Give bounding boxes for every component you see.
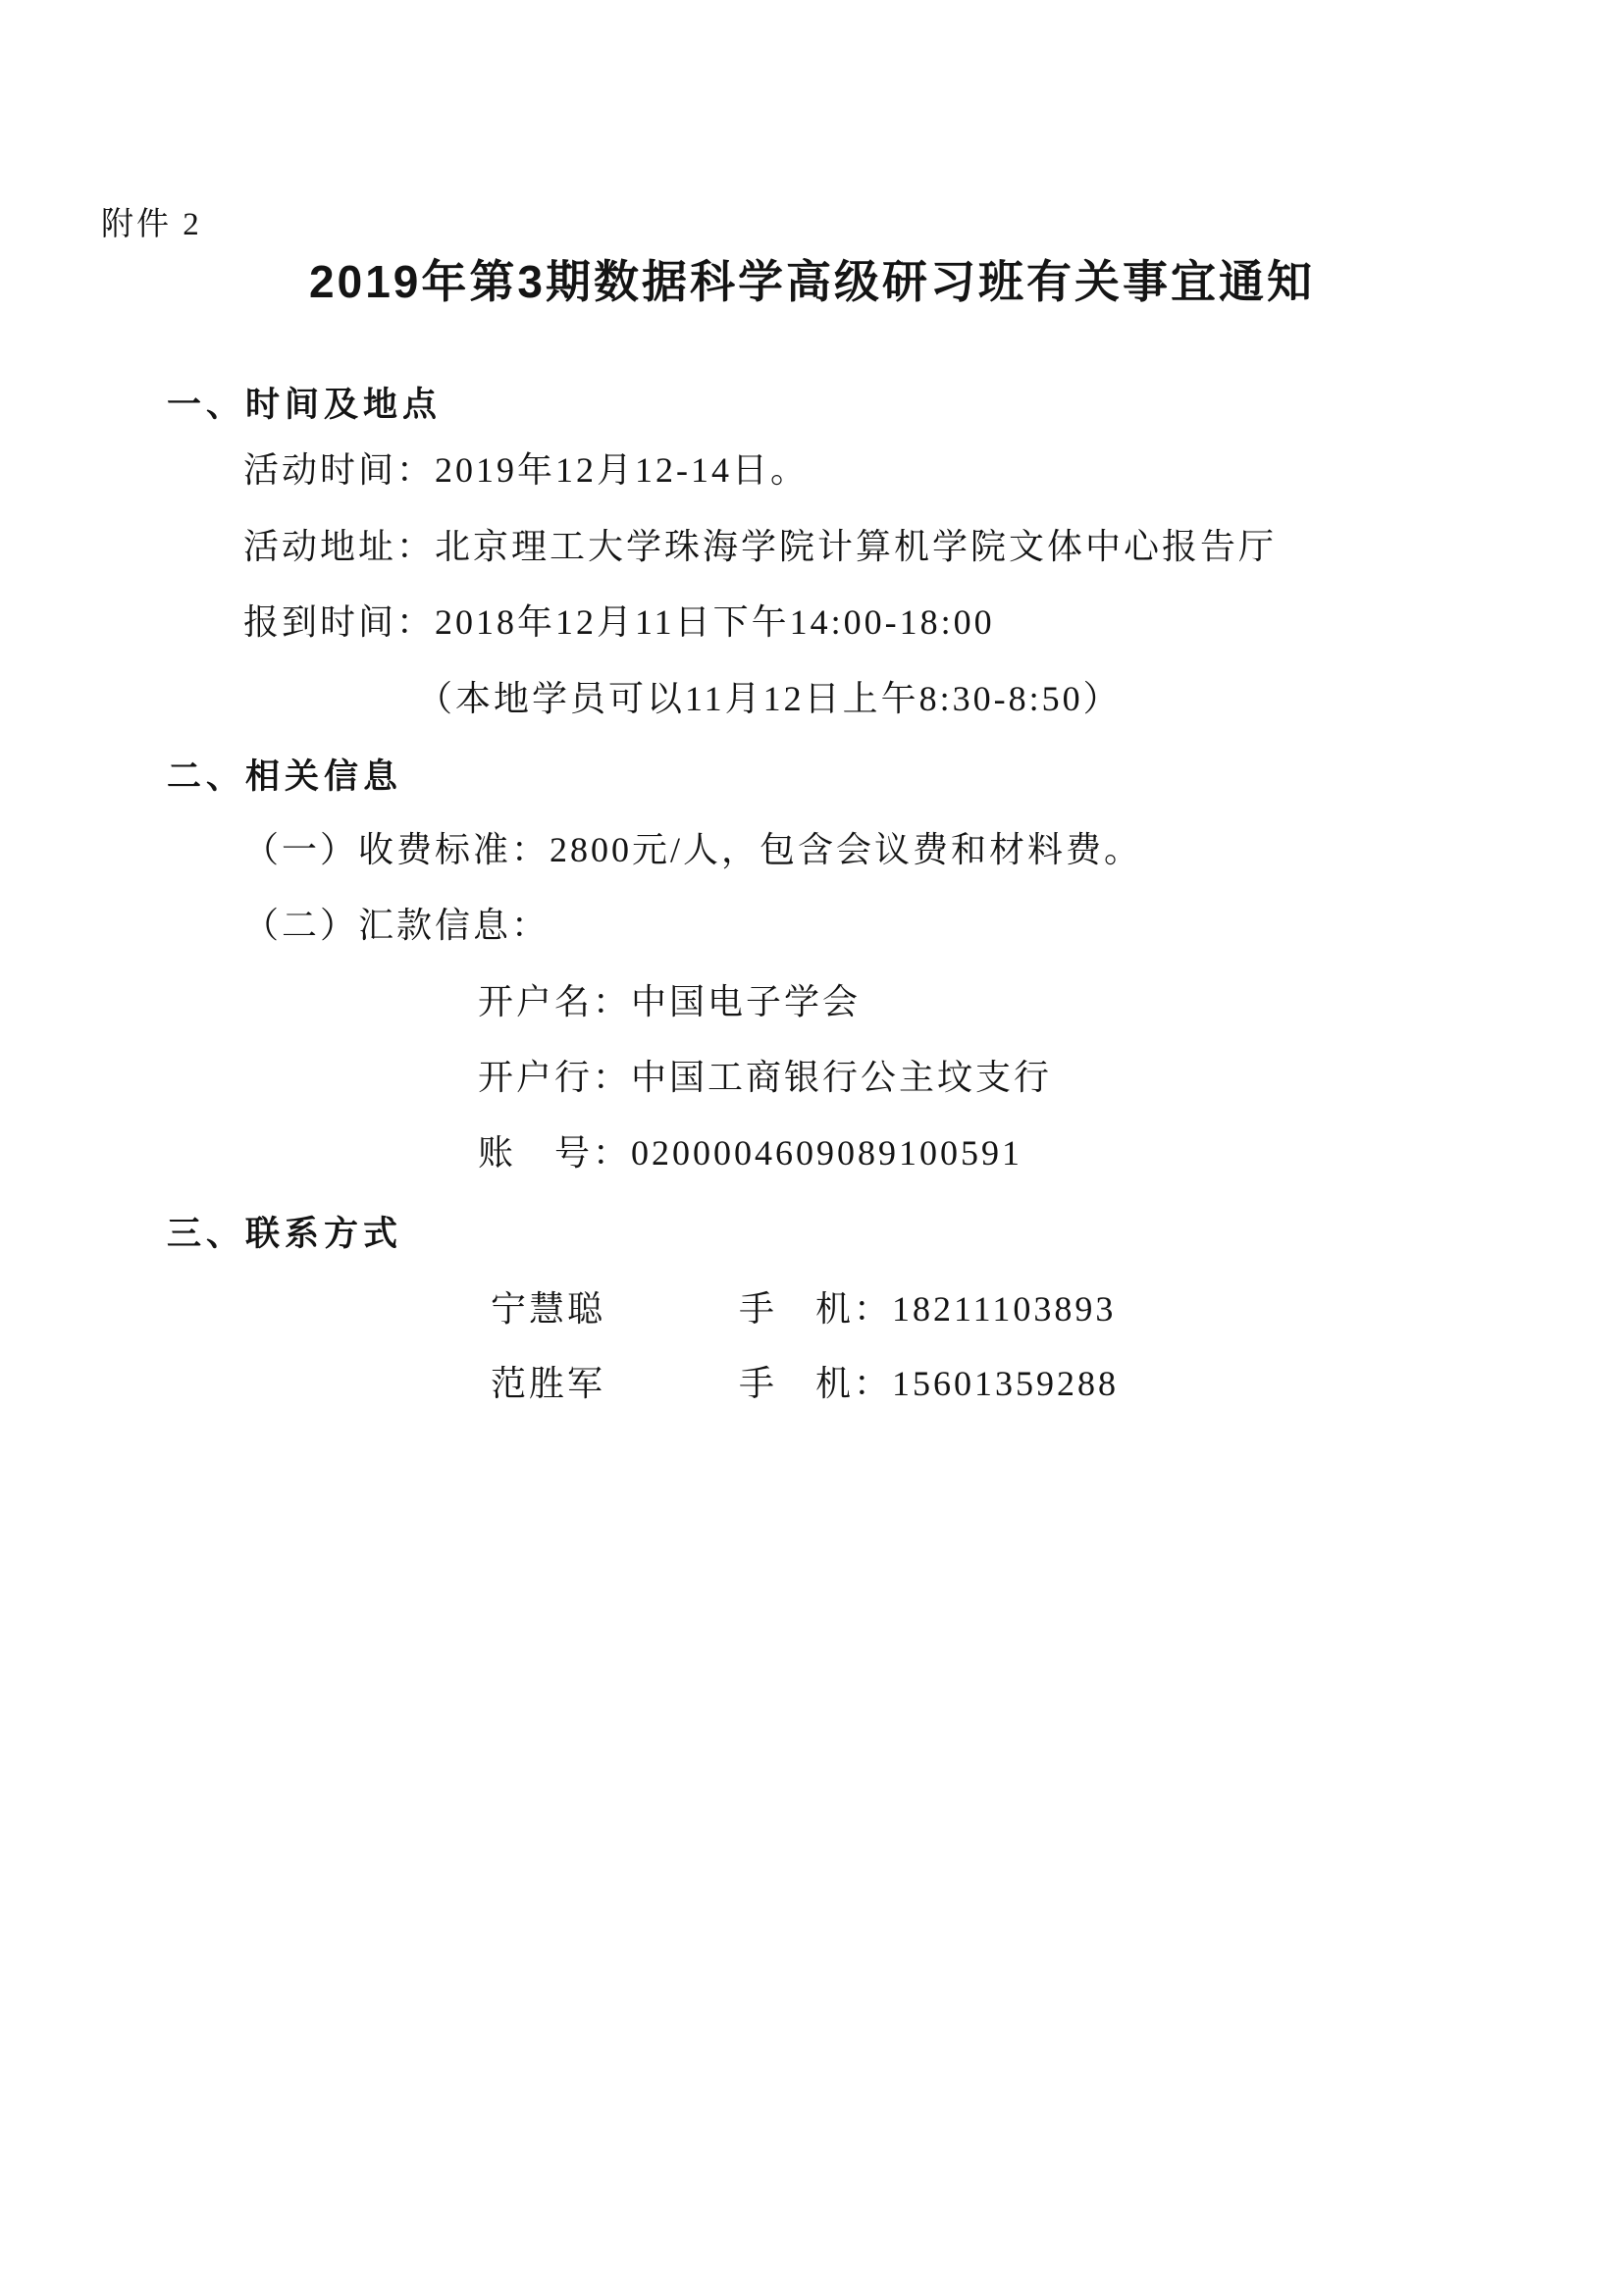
contact-row: 范胜军手 机：15601359288 xyxy=(491,1363,1119,1405)
account-number-value: 0200004609089100591 xyxy=(631,1133,1022,1173)
checkin-time-line: 报到时间：2018年12月11日下午14:00-18:00 xyxy=(243,601,995,644)
checkin-note-line: （本地学员可以11月12日上午8:30-8:50） xyxy=(417,678,1122,720)
account-number-label: 账 号： xyxy=(478,1133,631,1173)
event-time-line: 活动时间：2019年12月12-14日。 xyxy=(243,449,809,492)
attachment-label: 附件 2 xyxy=(101,206,202,245)
account-name-label: 开户名： xyxy=(478,982,631,1021)
bank-line: 开户行：中国工商银行公主坟支行 xyxy=(478,1057,1052,1099)
contact-name: 宁慧聪 xyxy=(491,1288,739,1330)
section-heading-contact: 三、联系方式 xyxy=(167,1214,402,1255)
section-heading-time-place: 一、时间及地点 xyxy=(167,385,442,426)
remittance-info-line: （二）汇款信息： xyxy=(243,905,550,947)
contact-name: 范胜军 xyxy=(491,1363,739,1405)
contact-phone-number: 15601359288 xyxy=(892,1364,1119,1403)
fee-standard-line: （一）收费标准：2800元/人，包含会议费和材料费。 xyxy=(243,829,1142,871)
section-heading-info: 二、相关信息 xyxy=(167,756,402,798)
contact-phone-label: 手 机： xyxy=(739,1364,892,1403)
account-number-line: 账 号：0200004609089100591 xyxy=(478,1132,1022,1174)
page-title: 2019年第3期数据科学高级研习班有关事宜通知 xyxy=(0,255,1624,309)
contact-phone-label: 手 机： xyxy=(739,1289,892,1329)
account-name-value: 中国电子学会 xyxy=(631,982,861,1021)
contact-phone-number: 18211103893 xyxy=(892,1289,1116,1329)
contact-row: 宁慧聪手 机：18211103893 xyxy=(491,1288,1116,1330)
bank-value: 中国工商银行公主坟支行 xyxy=(631,1058,1052,1097)
account-name-line: 开户名：中国电子学会 xyxy=(478,981,861,1023)
event-address-line: 活动地址：北京理工大学珠海学院计算机学院文体中心报告厅 xyxy=(243,526,1277,568)
bank-label: 开户行： xyxy=(478,1058,631,1097)
document-page: 附件 2 2019年第3期数据科学高级研习班有关事宜通知 一、时间及地点 活动时… xyxy=(0,0,1624,2295)
